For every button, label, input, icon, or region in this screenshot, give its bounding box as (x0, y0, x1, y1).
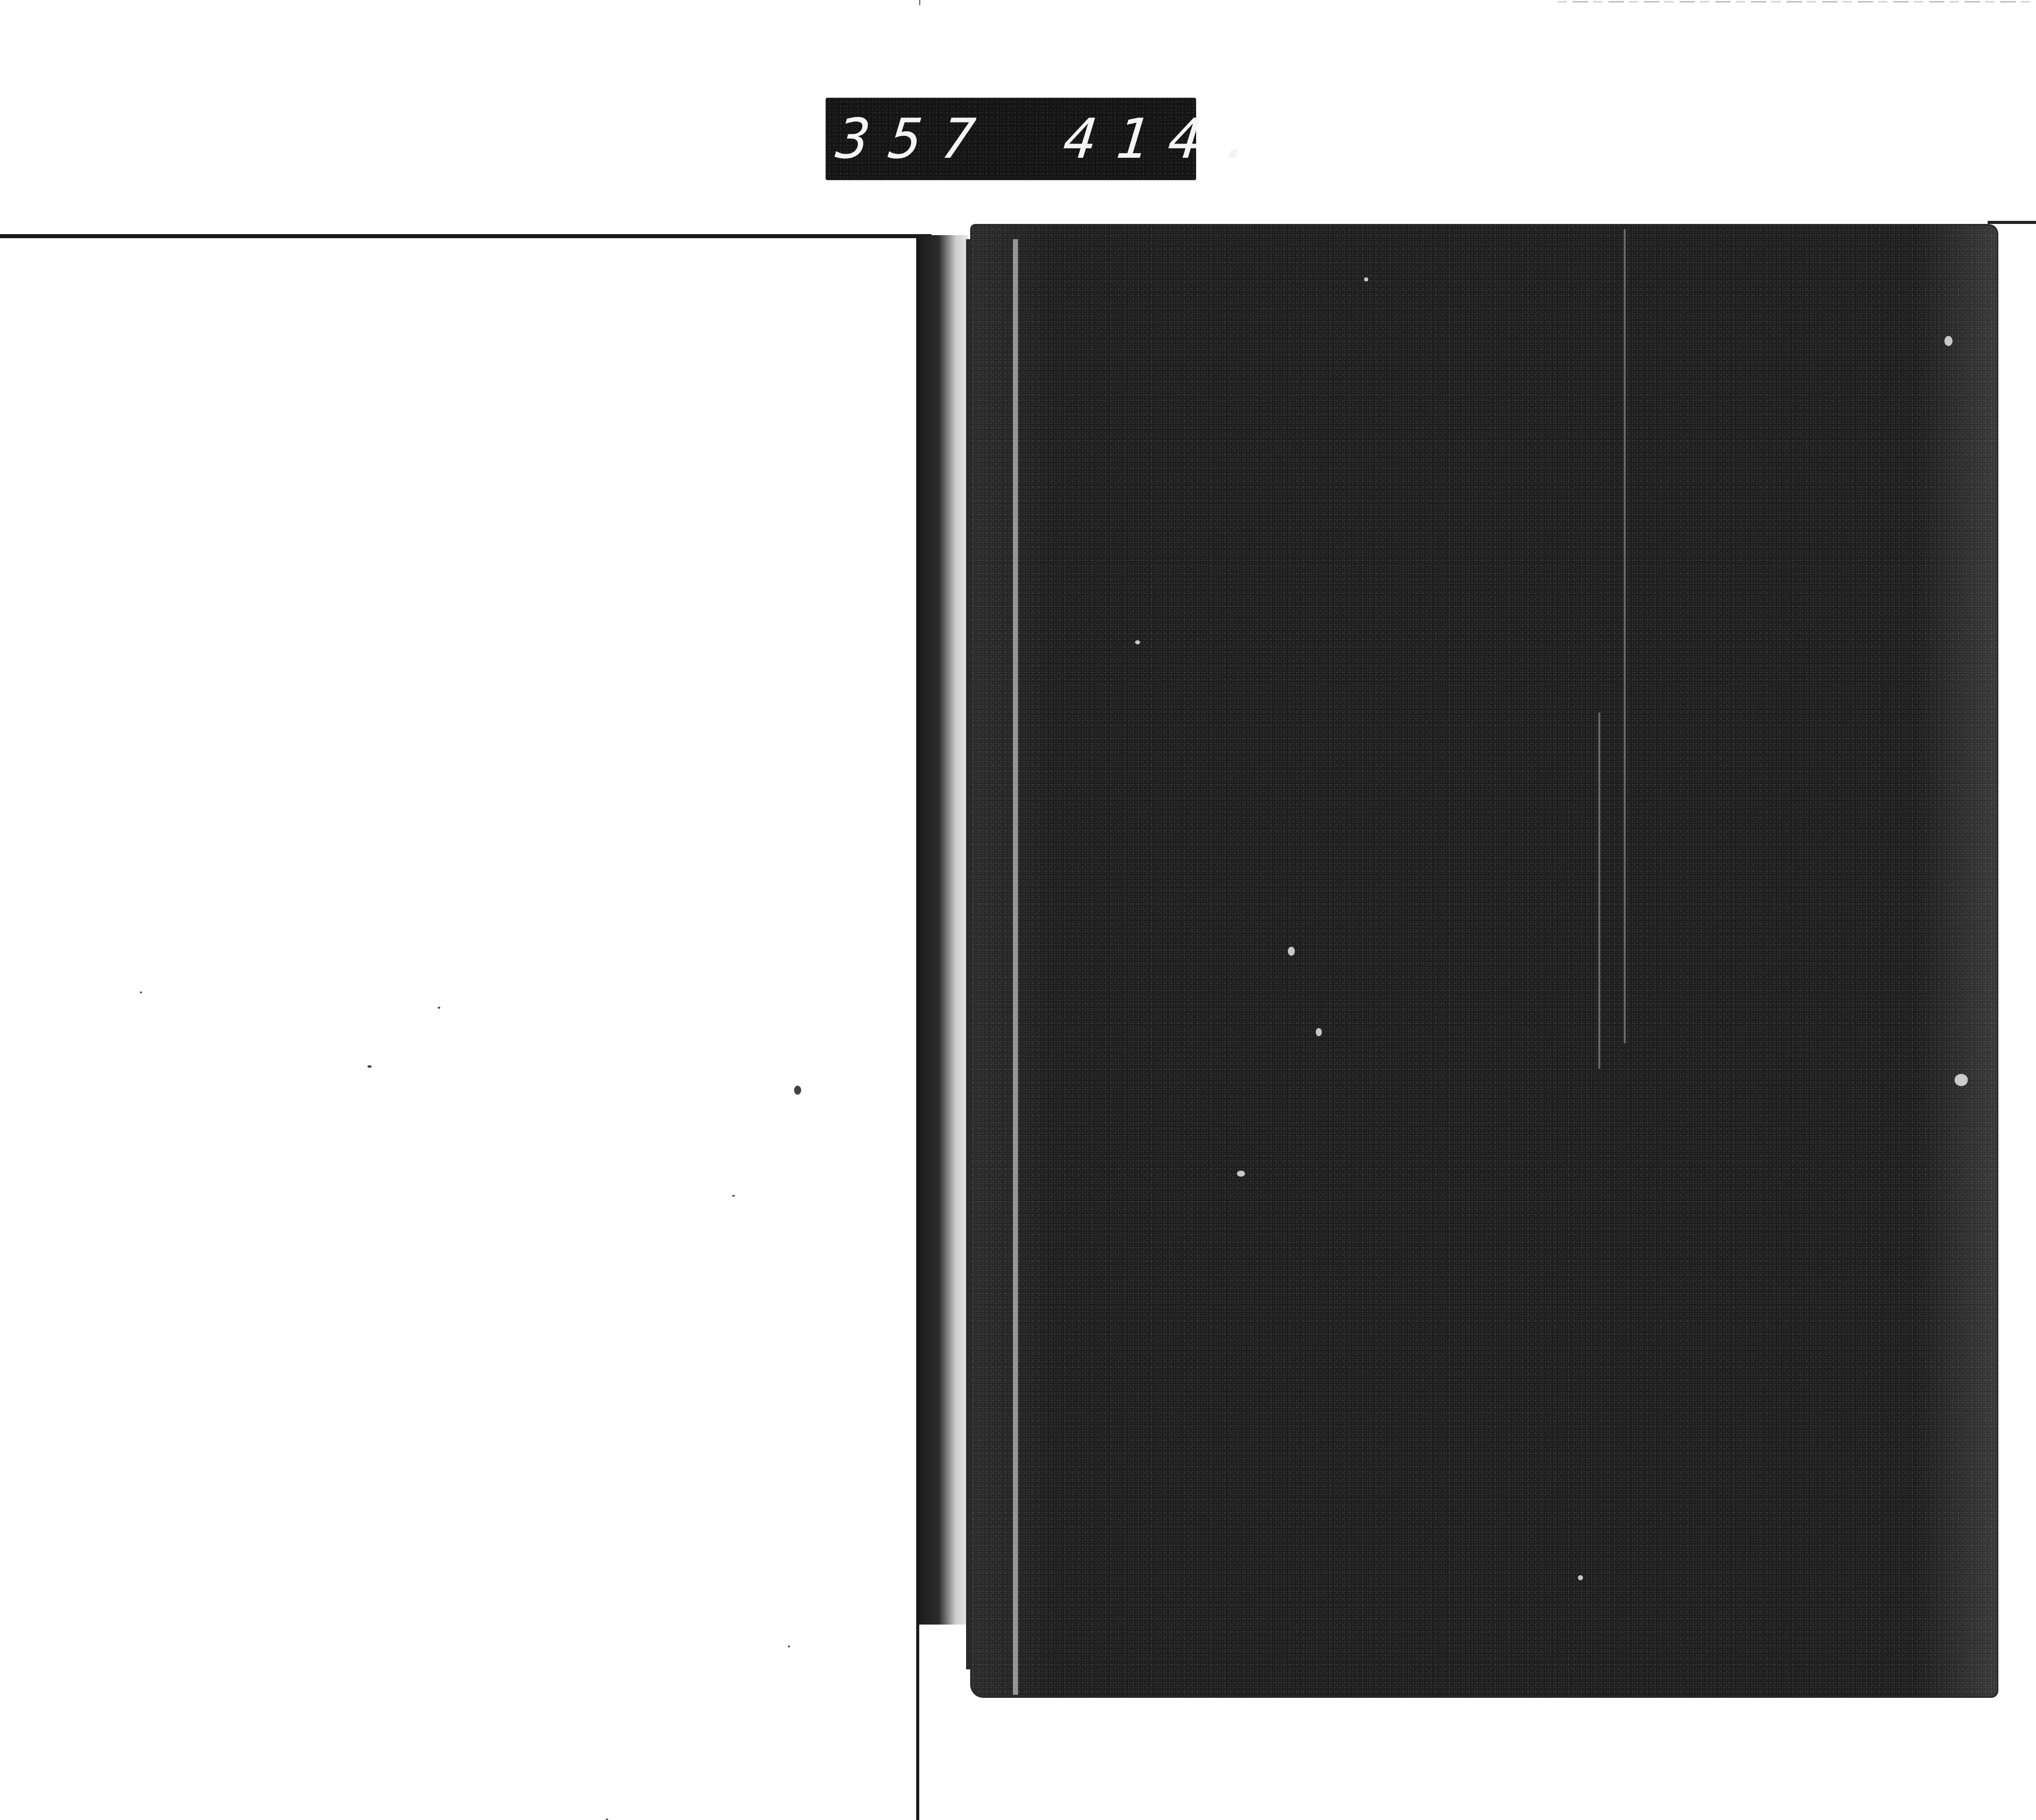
cover-crease (1624, 229, 1626, 1043)
cover-scuff (1135, 640, 1140, 644)
horizontal-rule (0, 234, 931, 238)
cover-hinge-line (1013, 239, 1018, 1695)
dust-speck (140, 991, 142, 993)
top-edge-marks (1558, 1, 2036, 3)
cover-scuff (1364, 277, 1368, 281)
film-frame-number: 414. (1061, 109, 1277, 170)
dust-speck (438, 1007, 440, 1009)
book-cover (970, 224, 1998, 1698)
cover-scuff (1578, 1575, 1583, 1580)
dust-speck (732, 1195, 735, 1197)
microfilm-scan: 357 414. (0, 0, 2036, 1820)
horizontal-rule-right (1988, 221, 2036, 224)
dust-speck (794, 1086, 801, 1095)
cover-crease (1598, 713, 1600, 1069)
cover-scuff (1316, 1028, 1322, 1036)
cover-scuff (1237, 1171, 1245, 1177)
cover-scuff (1944, 336, 1953, 346)
book-spine (919, 235, 968, 1625)
film-reel-number: 357 (834, 109, 998, 170)
dust-speck (788, 1645, 790, 1647)
dust-speck (367, 1065, 372, 1068)
left-page-blank (0, 238, 916, 1820)
cover-scuff (1955, 1074, 1968, 1086)
cover-scuff (1288, 947, 1295, 956)
film-frame-label: 357 414. (826, 98, 1196, 180)
top-tick-mark (919, 0, 920, 5)
